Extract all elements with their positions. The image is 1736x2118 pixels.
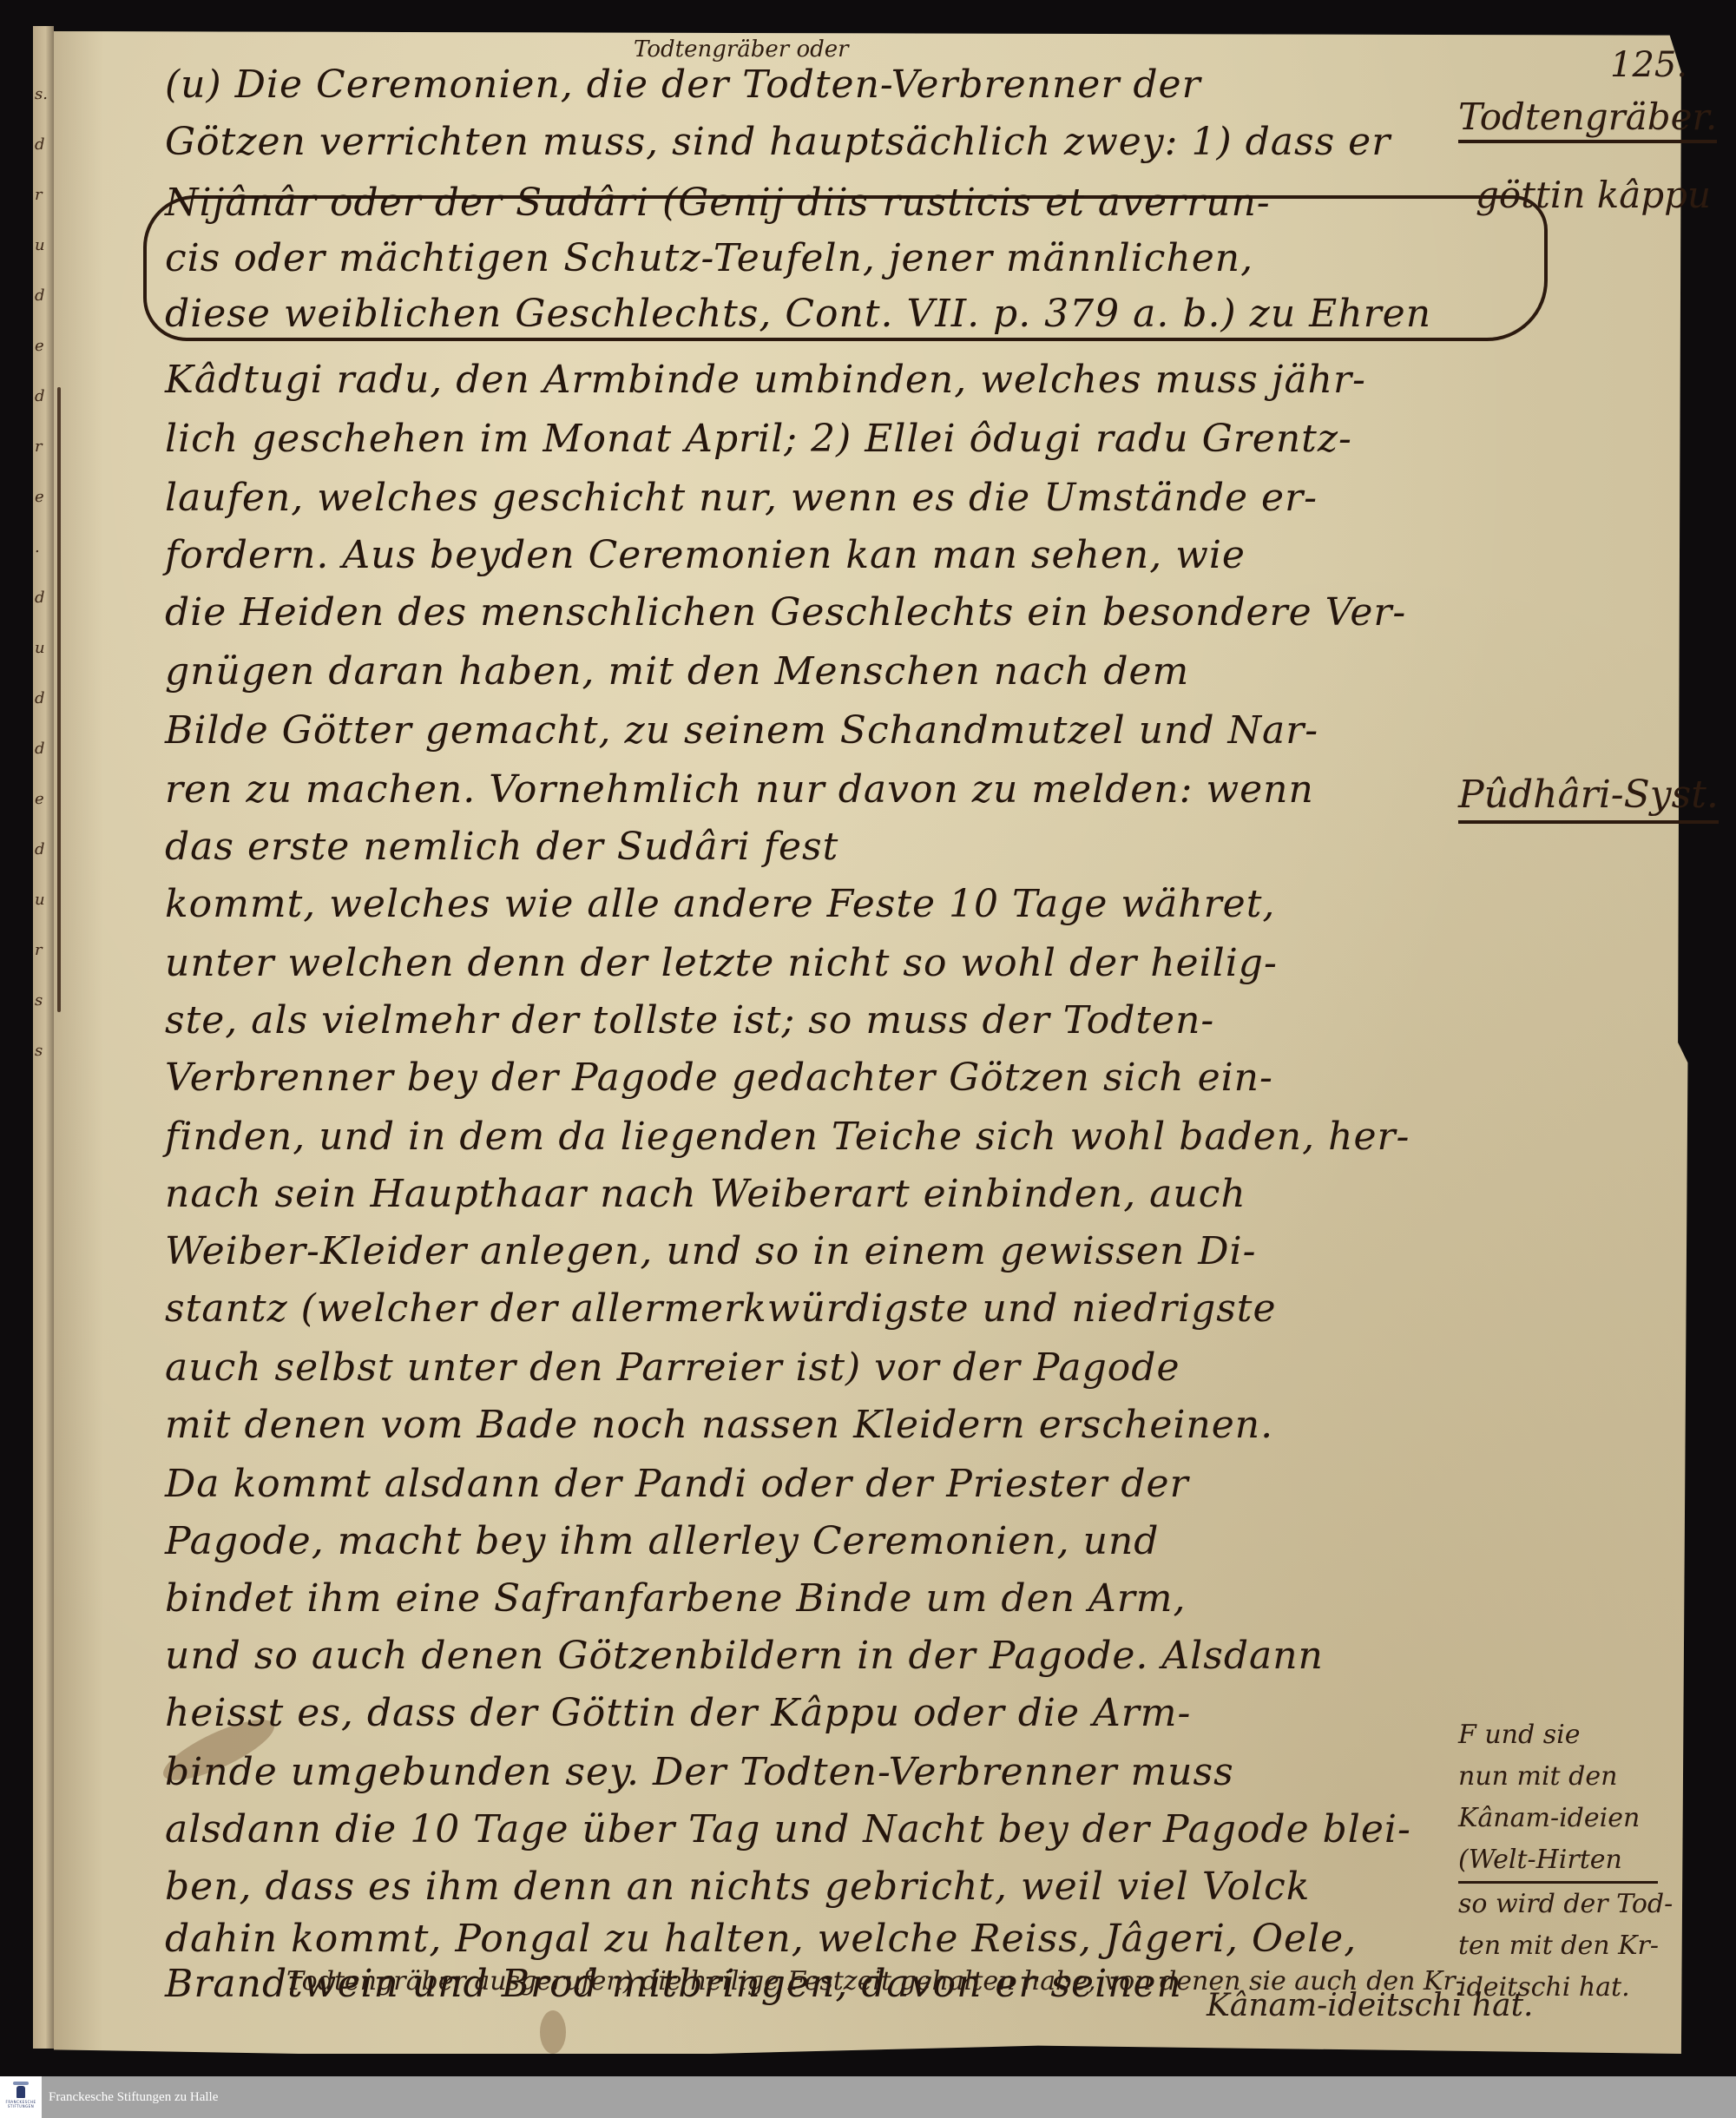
- footnote-line: Kânam-ideien: [1458, 1798, 1710, 1839]
- manuscript-scan: s. d r u d e d r e . d u d d e d u r s s…: [0, 0, 1736, 2076]
- text-line: Bilde Götter gemacht, zu seinem Schandmu…: [165, 708, 1318, 753]
- statue-icon: [16, 2086, 25, 2098]
- footnote-line: F und sie: [1458, 1714, 1710, 1756]
- text-line: ren zu machen. Vornehmlich nur davon zu …: [165, 767, 1314, 812]
- logo-text-line: STIFTUNGEN: [6, 2104, 36, 2108]
- footnote-line: so wird der Tod-: [1458, 1884, 1710, 1925]
- text-line: Nijânâr oder der Sudâri (Genij diis rust…: [165, 181, 1271, 225]
- closing-line-tail: Kânam-ideitschi hat.: [1207, 1988, 1534, 2023]
- text-line: kommt, welches wie alle andere Feste 10 …: [165, 882, 1275, 926]
- text-line: ben, dass es ihm denn an nichts gebricht…: [165, 1865, 1310, 1909]
- ink-stain: [540, 2010, 566, 2054]
- page-number: 125.: [1610, 45, 1687, 85]
- text-line: cis oder mächtigen Schutz-Teufeln, jener…: [165, 236, 1253, 280]
- text-line: auch selbst unter den Parreier ist) vor …: [165, 1345, 1180, 1390]
- text-line: lich geschehen im Monat April; 2) Ellei …: [165, 417, 1352, 461]
- interlinear-insertion: Todtengräber oder: [634, 36, 849, 62]
- text-line: stantz (welcher der allermerkwürdigste u…: [165, 1286, 1277, 1331]
- text-line: unter welchen denn der letzte nicht so w…: [165, 941, 1278, 985]
- binding-margin-text: s. d r u d e d r e . d u d d e d u r s s: [35, 69, 54, 1076]
- gutter-ink-line: [57, 387, 61, 1012]
- institution-name: Franckesche Stiftungen zu Halle: [49, 2090, 218, 2105]
- text-line: (u) Die Ceremonien, die der Todten-Verbr…: [165, 62, 1201, 107]
- text-line: bindet ihm eine Safranfarbene Binde um d…: [165, 1576, 1186, 1621]
- footnote-line: (Welt-Hirten: [1458, 1839, 1658, 1884]
- text-line: Götzen verrichten muss, sind hauptsächli…: [165, 120, 1391, 164]
- footnote-line: ten mit den Kr-: [1458, 1925, 1710, 1967]
- text-line: alsdann die 10 Tage über Tag und Nacht b…: [165, 1807, 1411, 1852]
- text-line: gnügen daran haben, mit den Menschen nac…: [165, 649, 1189, 694]
- margin-heading-todtengraeber: Todtengräber.: [1458, 95, 1717, 143]
- text-line: Da kommt alsdann der Pandi oder der Prie…: [165, 1462, 1189, 1506]
- footer-bar: FRANCKESCHE STIFTUNGEN Franckesche Stift…: [0, 2076, 1736, 2118]
- text-line: binde umgebunden sey. Der Todten-Verbren…: [165, 1750, 1234, 1794]
- text-line: fordern. Aus beyden Ceremonien kan man s…: [165, 533, 1246, 577]
- text-line: laufen, welches geschicht nur, wenn es d…: [165, 476, 1318, 520]
- text-line: Verbrenner bey der Pagode gedachter Götz…: [165, 1056, 1273, 1100]
- text-line: mit denen vom Bade noch nassen Kleidern …: [165, 1403, 1273, 1447]
- text-line: nach sein Haupthaar nach Weiberart einbi…: [165, 1172, 1246, 1216]
- text-line: Pagode, macht bey ihm allerley Ceremonie…: [165, 1519, 1159, 1563]
- margin-heading-goettin-kappu: göttin kâppu: [1476, 174, 1711, 216]
- text-line: die Heiden des menschlichen Geschlechts …: [165, 590, 1406, 635]
- text-line: diese weiblichen Geschlechts, Cont. VII.…: [165, 292, 1431, 336]
- franckesche-stiftungen-logo[interactable]: FRANCKESCHE STIFTUNGEN: [0, 2076, 42, 2118]
- footnote-line: nun mit den: [1458, 1756, 1710, 1798]
- margin-heading-pudhari-syst: Pûdhâri-Syst.: [1458, 773, 1719, 824]
- text-line: Weiber-Kleider anlegen, und so in einem …: [165, 1229, 1257, 1273]
- text-line: ste, als vielmehr der tollste ist; so mu…: [165, 998, 1214, 1043]
- text-line: finden, und in dem da liegenden Teiche s…: [165, 1115, 1410, 1159]
- text-line: heisst es, dass der Göttin der Kâppu ode…: [165, 1691, 1191, 1735]
- text-line: Kâdtugi radu, den Armbinde umbinden, wel…: [165, 358, 1366, 402]
- logo-wordmark: FRANCKESCHE STIFTUNGEN: [6, 2100, 36, 2108]
- text-line: das erste nemlich der Sudâri fest: [165, 825, 838, 869]
- text-line: und so auch denen Götzenbildern in der P…: [165, 1634, 1324, 1678]
- text-line: dahin kommt, Pongal zu halten, welche Re…: [165, 1917, 1357, 1961]
- margin-footnote: F und sie nun mit den Kânam-ideien (Welt…: [1458, 1714, 1710, 2009]
